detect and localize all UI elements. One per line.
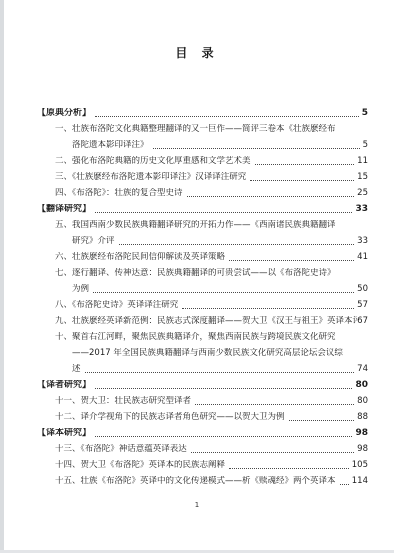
toc-entry-text: 十、聚首右江河畔，聚焦民族典籍译介，聚焦西南民族与跨境民族文化研究 [55, 332, 336, 343]
dot-leader [95, 116, 359, 117]
dot-leader [93, 292, 354, 293]
page-number: 11 [357, 156, 368, 167]
document-page: 目 录 【原典分析】 5 一、壮族布洛陀文化典籍整理翻译的又一巨作——简评三卷本… [0, 0, 394, 553]
page-number: 50 [357, 284, 368, 295]
dot-leader [250, 180, 354, 181]
dot-leader [289, 420, 355, 421]
page-number: 74 [357, 364, 368, 375]
toc-entry-text: 十二、译介学视角下的民族志译者角色研究——以贺大卫为例 [55, 412, 285, 423]
toc-entry-text: 述 [72, 364, 81, 375]
dot-leader [95, 436, 352, 437]
toc-entry-line[interactable]: 四、《布洛陀》：壮族的复合型史诗 25 [37, 183, 368, 199]
dot-leader [191, 452, 354, 453]
toc-entry-line[interactable]: 七、逐行翻译、传神达意：民族典籍翻译的可贵尝试——以《布洛陀史诗》 [37, 263, 368, 279]
dot-leader [255, 164, 355, 165]
toc-entry-line[interactable]: 十五、壮族《布洛陀》英译中的文化传递模式——析《赎魂经》两个英译本 114 [37, 471, 368, 487]
toc-entry-text: 四、《布洛陀》：壮族的复合型史诗 [55, 188, 183, 199]
toc-entry-text: 一、壮族布洛陀文化典籍整理翻译的又一巨作——简评三卷本《壮族麽经布 [55, 124, 336, 135]
dot-leader [229, 260, 354, 261]
toc-entry-text: 十一、贺大卫：壮民族志研究型译者 [55, 396, 191, 407]
dot-leader [95, 388, 352, 389]
toc-entry-line[interactable]: 十三、《布洛陀》神话意蕴英译表达 98 [37, 439, 368, 455]
dot-leader [95, 212, 352, 213]
toc-entry-line[interactable]: 述 74 [37, 359, 368, 375]
toc-entry-text: 十三、《布洛陀》神话意蕴英译表达 [55, 444, 187, 455]
toc-entry-line[interactable]: 十、聚首右江河畔，聚焦民族典籍译介，聚焦西南民族与跨境民族文化研究 [37, 327, 368, 343]
toc-entry-line[interactable]: 研究》介评 33 [37, 231, 368, 247]
page-number: 67 [357, 316, 368, 327]
toc-section-header[interactable]: 【翻译研究】 33 [37, 199, 368, 215]
toc-section-label: 【译本研究】 [37, 428, 91, 439]
dot-leader [195, 404, 354, 405]
page-number: 41 [357, 252, 368, 263]
toc-entry-line[interactable]: 八、《布洛陀史诗》英译译注研究 57 [37, 295, 368, 311]
page-number: 114 [352, 476, 368, 487]
toc-entry-text: 八、《布洛陀史诗》英译译注研究 [55, 300, 178, 311]
dot-leader [153, 148, 360, 149]
page-number: 33 [355, 204, 368, 215]
page-number: 5 [363, 140, 368, 151]
toc-entry-text: 研究》介评 [72, 236, 115, 247]
toc-entry-line[interactable]: 九、壮族麽经英译新范例：民族志式深度翻译——贺大卫《汉王与祖王》英译本评介 67 [37, 311, 368, 327]
page-number: 5 [362, 108, 368, 119]
toc-entry-text: 为例 [72, 284, 89, 295]
dot-leader [187, 196, 355, 197]
dot-leader [119, 244, 355, 245]
toc-entry-line[interactable]: 十一、贺大卫：壮民族志研究型译者 80 [37, 391, 368, 407]
page-number: 15 [357, 172, 368, 183]
toc-entry-line[interactable]: 六、壮族麽经布洛陀民间信仰解读及英译策略 41 [37, 247, 368, 263]
toc-entry-line[interactable]: 为例 50 [37, 279, 368, 295]
toc-list: 【原典分析】 5 一、壮族布洛陀文化典籍整理翻译的又一巨作——简评三卷本《壮族麽… [37, 103, 368, 487]
page-number: 25 [357, 188, 368, 199]
toc-entry-text: 二、强化布洛陀典籍的历史文化厚重感和文学艺术美 [55, 156, 251, 167]
toc-entry-line[interactable]: 二、强化布洛陀典籍的历史文化厚重感和文学艺术美 11 [37, 151, 368, 167]
toc-entry-line[interactable]: 三、《壮族麽经布洛陀遗本影印译注》汉译译注研究 15 [37, 167, 368, 183]
dot-leader [182, 308, 354, 309]
page-number: 105 [352, 460, 368, 471]
dot-leader [340, 484, 349, 485]
toc-entry-text: 三、《壮族麽经布洛陀遗本影印译注》汉译译注研究 [55, 172, 246, 183]
toc-section-label: 【原典分析】 [37, 108, 91, 119]
page-number: 80 [357, 396, 368, 407]
toc-section-header[interactable]: 【译本研究】 98 [37, 423, 368, 439]
page-number: 33 [357, 236, 368, 247]
toc-title: 目 录 [0, 44, 394, 61]
toc-entry-line[interactable]: 十二、译介学视角下的民族志译者角色研究——以贺大卫为例 88 [37, 407, 368, 423]
toc-entry-line[interactable]: 十四、贺大卫《布洛陀》英译本的民族志阐释 105 [37, 455, 368, 471]
toc-entry-line[interactable]: ——2017 年全国民族典籍翻译与西南少数民族文化研究高层论坛会议综 [37, 343, 368, 359]
toc-entry-line[interactable]: 一、壮族布洛陀文化典籍整理翻译的又一巨作——简评三卷本《壮族麽经布 [37, 119, 368, 135]
footer-page-number: 1 [0, 501, 394, 509]
page-number: 80 [355, 380, 368, 391]
toc-entry-text: 十四、贺大卫《布洛陀》英译本的民族志阐释 [55, 460, 225, 471]
dot-leader [229, 468, 349, 469]
toc-entry-text: 五、我国西南少数民族典籍翻译研究的开拓力作——《西南诸民族典籍翻译 [55, 220, 336, 231]
page-number: 88 [357, 412, 368, 423]
dot-leader [85, 372, 355, 373]
toc-entry-text: 九、壮族麽经英译新范例：民族志式深度翻译——贺大卫《汉王与祖王》英译本评介 [55, 316, 357, 327]
page-number: 57 [357, 300, 368, 311]
toc-entry-text: 十五、壮族《布洛陀》英译中的文化传递模式——析《赎魂经》两个英译本 [55, 476, 336, 487]
page-number: 98 [357, 444, 368, 455]
toc-section-header[interactable]: 【译者研究】 80 [37, 375, 368, 391]
page-number: 98 [355, 428, 368, 439]
toc-entry-text: 洛陀遗本影印译注》 [72, 140, 149, 151]
page-edge-left [0, 0, 4, 553]
toc-entry-line[interactable]: 洛陀遗本影印译注》 5 [37, 135, 368, 151]
toc-section-label: 【译者研究】 [37, 380, 91, 391]
toc-entry-text: ——2017 年全国民族典籍翻译与西南少数民族文化研究高层论坛会议综 [72, 348, 343, 359]
toc-entry-text: 七、逐行翻译、传神达意：民族典籍翻译的可贵尝试——以《布洛陀史诗》 [55, 268, 336, 279]
toc-section-header[interactable]: 【原典分析】 5 [37, 103, 368, 119]
toc-section-label: 【翻译研究】 [37, 204, 91, 215]
toc-entry-text: 六、壮族麽经布洛陀民间信仰解读及英译策略 [55, 252, 225, 263]
toc-entry-line[interactable]: 五、我国西南少数民族典籍翻译研究的开拓力作——《西南诸民族典籍翻译 [37, 215, 368, 231]
